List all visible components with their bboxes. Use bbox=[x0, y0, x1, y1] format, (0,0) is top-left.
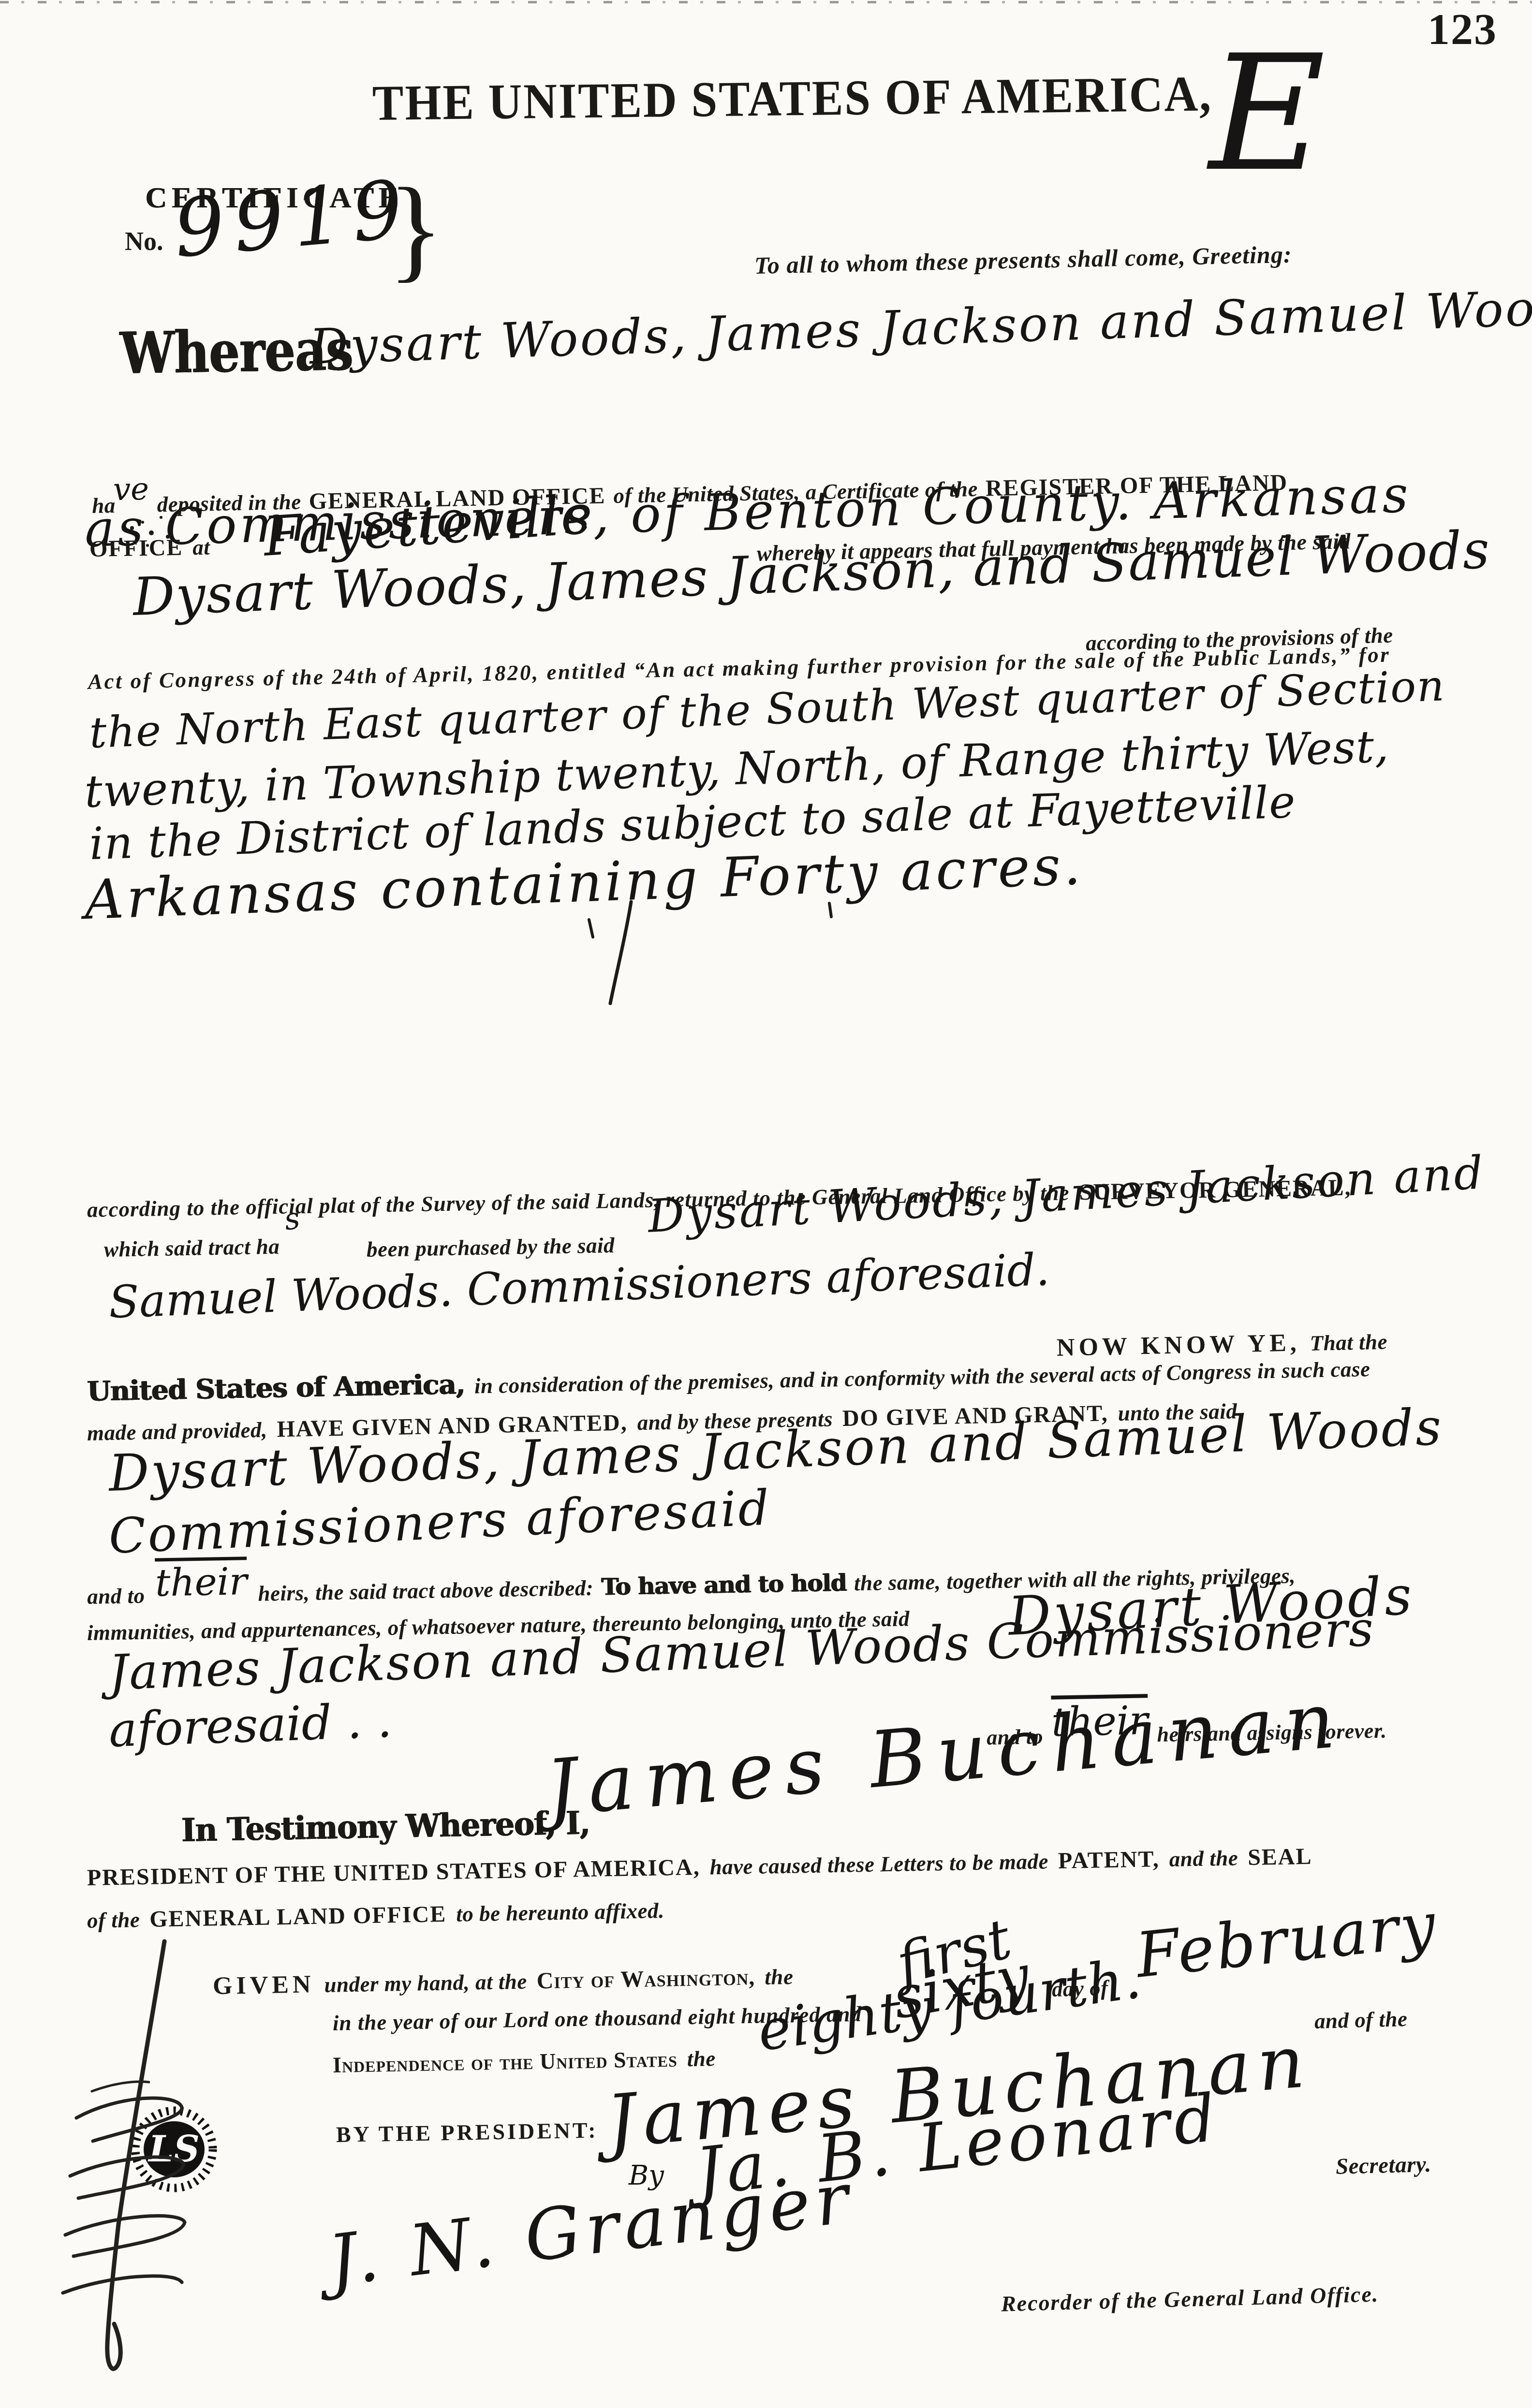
at-word: at bbox=[192, 535, 210, 560]
certificate-number: 9919 bbox=[171, 169, 414, 269]
independence-caps: Independence of the United States bbox=[333, 2047, 678, 2077]
patent-caps: PATENT, bbox=[1058, 1846, 1160, 1874]
grantee-names-line-1: Dysart Woods, James Jackson and Samuel W… bbox=[309, 282, 1532, 371]
margin-pen-flourish bbox=[19, 1924, 189, 2389]
that-the: That the bbox=[1310, 1330, 1387, 1355]
certificate-no-label: No. bbox=[125, 228, 163, 254]
independence-line: Independence of the United States the bbox=[333, 2047, 716, 2076]
given-line: GIVEN under my hand, at the City of Wash… bbox=[213, 1964, 794, 1999]
by-the-president-label: BY THE PRESIDENT: bbox=[336, 2119, 598, 2146]
united-states-blackletter: United States of America, bbox=[87, 1368, 465, 1408]
habendum-names-5: aforesaid . . bbox=[108, 1697, 393, 1754]
president-caps: PRESIDENT OF THE UNITED STATES OF AMERIC… bbox=[87, 1854, 701, 1891]
consideration-seg: in consideration of the premises, and in… bbox=[474, 1357, 1370, 1398]
their-insert-1: their bbox=[155, 1563, 247, 1602]
and-to: and to bbox=[87, 1584, 145, 1609]
glo-caps-2: GENERAL LAND OFFICE bbox=[149, 1901, 447, 1932]
president-signature-1: James Buchanan bbox=[543, 1681, 1348, 1828]
recorder-signature: J. N. Granger bbox=[324, 2162, 857, 2296]
tract-names-b: Samuel Woods. Commissioners aforesaid. bbox=[108, 1248, 1050, 1325]
greeting-line: To all to whom these presents shall come… bbox=[754, 242, 1292, 278]
to-have-and-to-hold-blackletter: To have and to hold bbox=[601, 1570, 847, 1601]
insert-ve: ve bbox=[113, 474, 149, 505]
affixed-seg: to be hereunto affixed. bbox=[456, 1898, 664, 1926]
recorder-label: Recorder of the General Land Office. bbox=[1001, 2283, 1379, 2315]
tract-seg2: been purchased by the said bbox=[367, 1234, 615, 1261]
tract-pre: which said tract ha bbox=[104, 1236, 280, 1261]
and-of-the: and of the bbox=[1314, 2008, 1408, 2032]
usa-consideration-line: United States of America, in considerati… bbox=[87, 1353, 1370, 1405]
tract-names-a: Dysart Woods, James Jackson and bbox=[647, 1150, 1486, 1240]
the-1: the bbox=[765, 1965, 794, 1989]
under-my-hand: under my hand, at the bbox=[324, 1969, 527, 1997]
seal-caps: SEAL bbox=[1248, 1844, 1312, 1870]
title-flourish: E bbox=[1209, 34, 1326, 193]
land-patent-document: 123 THE UNITED STATES OF AMERICA, E CERT… bbox=[0, 0, 1532, 2408]
president-line: PRESIDENT OF THE UNITED STATES OF AMERIC… bbox=[87, 1845, 1312, 1890]
secretary-label: Secretary. bbox=[1335, 2153, 1431, 2178]
heirs-seg: heirs, the said tract above described: bbox=[258, 1576, 594, 1606]
the-2: the bbox=[687, 2046, 716, 2071]
word-ha: ha bbox=[92, 493, 116, 518]
city-of-washington: City of Washington, bbox=[536, 1964, 755, 1994]
caused-seg: have caused these Letters to be made bbox=[709, 1849, 1048, 1879]
month-handwritten: February bbox=[1133, 1894, 1440, 1987]
in-testimony-blackletter: In Testimony Whereof, I, bbox=[181, 1806, 589, 1846]
page-number: 123 bbox=[1428, 7, 1497, 51]
document-title: THE UNITED STATES OF AMERICA, bbox=[372, 69, 1212, 129]
scan-top-edge bbox=[0, 1, 1532, 3]
given-caps: GIVEN bbox=[212, 1970, 314, 2000]
and-the: and the bbox=[1169, 1846, 1238, 1871]
ink-spatter bbox=[123, 503, 181, 556]
ink-descender-strokes bbox=[580, 899, 851, 1011]
